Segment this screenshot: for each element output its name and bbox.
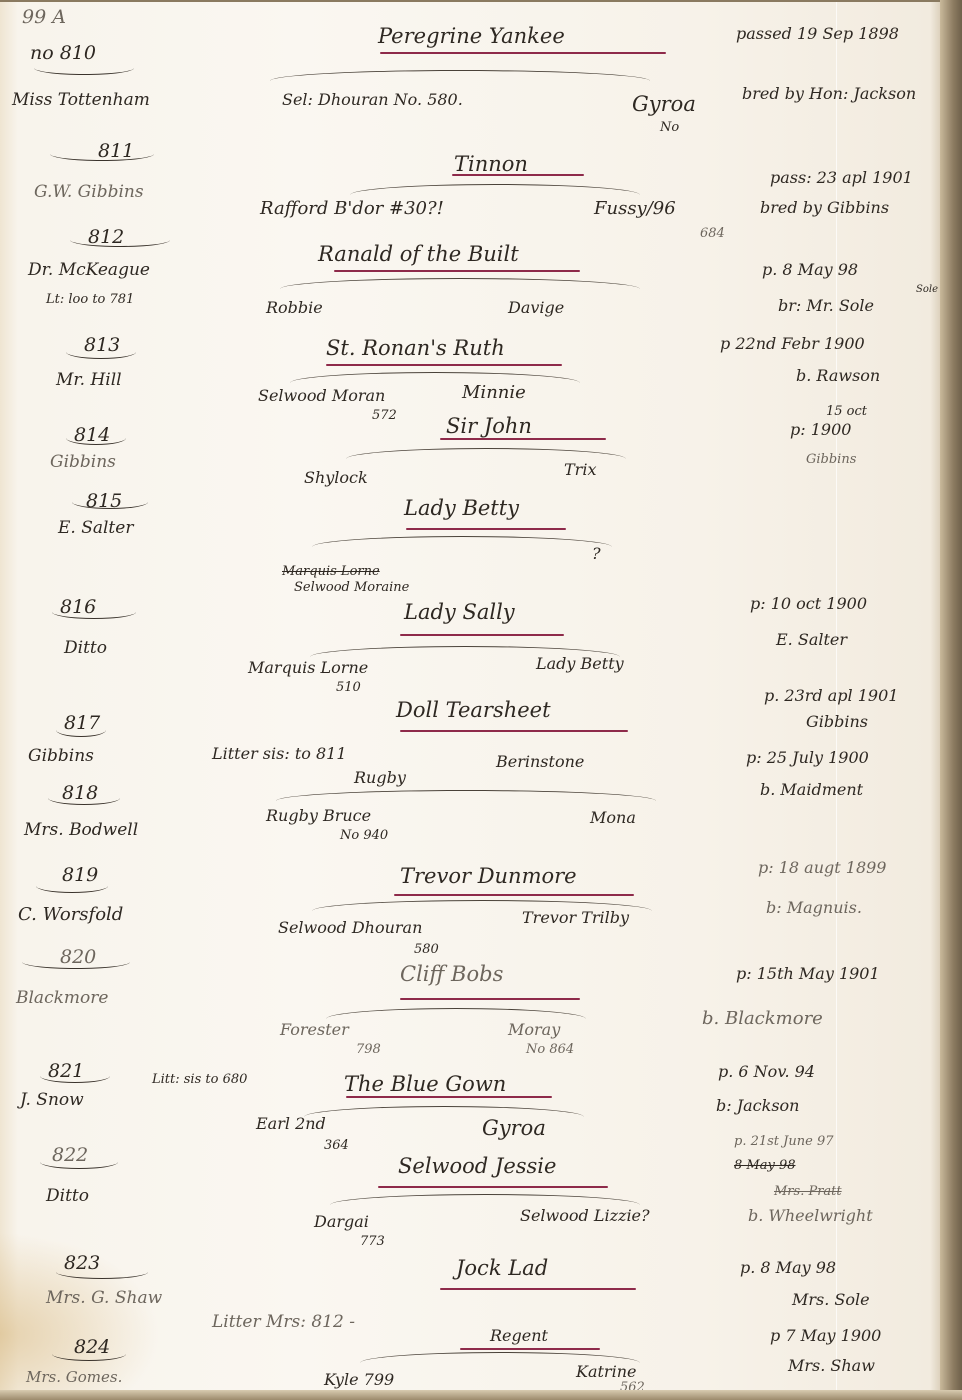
bred-by: b: Jackson [716, 1096, 799, 1115]
name-underline [400, 998, 580, 1000]
owner-name: Mrs. Gomes. [26, 1368, 122, 1386]
owner-name: Blackmore [16, 988, 108, 1008]
sire: Shylock [304, 468, 368, 487]
name-underline [380, 52, 666, 54]
name-underline [440, 1288, 636, 1290]
sire: Sel: Dhouran No. 580. [282, 90, 463, 109]
pedigree-brace [326, 1008, 586, 1019]
sire: Selwood Moran [258, 386, 385, 405]
bred-by: b. Rawson [796, 366, 880, 385]
dam: Berinstone [496, 752, 584, 771]
sire: Rugby [354, 768, 406, 787]
owner-name: Gibbins [28, 746, 94, 766]
dog-name: Sir John [446, 414, 532, 438]
sire: Robbie [266, 298, 323, 317]
dog-name: Trevor Dunmore [400, 864, 577, 888]
dog-name: Jock Lad [456, 1256, 548, 1280]
sire-note: 572 [372, 408, 397, 423]
dam: ? [592, 544, 601, 563]
passed-struck: 8 May 98 [734, 1158, 795, 1173]
pedigree-brace [276, 790, 656, 801]
name-underline [378, 1186, 608, 1188]
bred-by: Gibbins [806, 712, 868, 731]
owner-name: Mr. Hill [56, 370, 122, 390]
bred-by: Mrs. Sole [792, 1290, 870, 1309]
bred-by: Mrs. Shaw [788, 1356, 875, 1375]
pedigree-brace [312, 536, 612, 547]
dog-name: Lady Betty [404, 496, 519, 520]
passed-date: passed 19 Sep 1898 [736, 24, 899, 43]
sire: Earl 2nd [256, 1114, 326, 1133]
owner-name: Mrs. Bodwell [24, 820, 138, 840]
litter-note: Litter Mrs: 812 - [212, 1312, 355, 1332]
litter-note: Litt: sis to 680 [152, 1072, 247, 1087]
pedigree-brace [330, 1194, 640, 1205]
name-underline [346, 1096, 552, 1098]
sire-note: 773 [360, 1234, 385, 1249]
passed-date: p 22nd Febr 1900 [720, 334, 865, 353]
sire: Kyle 799 [324, 1370, 394, 1389]
pedigree-brace [290, 372, 580, 383]
dam: Mona [590, 808, 636, 827]
sire: Forester [280, 1020, 349, 1039]
sire-note: 798 [356, 1042, 381, 1057]
bred-by-note: Sole [916, 284, 938, 295]
bred-by: b: Magnuis. [766, 898, 862, 917]
dog-name: The Blue Gown [344, 1072, 506, 1096]
owner-name: G.W. Gibbins [34, 182, 144, 202]
bred-by: bred by Gibbins [760, 198, 889, 217]
litter-note: Litter sis: to 811 [212, 744, 347, 763]
sire: Selwood Moraine [294, 580, 409, 595]
pedigree-brace [346, 448, 626, 459]
sire-note: No 940 [340, 828, 388, 843]
passed-date: p. 23rd apl 1901 [764, 686, 898, 705]
entry-number: 823 [64, 1252, 100, 1274]
dog-name: Cliff Bobs [400, 962, 503, 986]
dam: Katrine [576, 1362, 636, 1381]
owner-note: Lt: loo to 781 [46, 292, 134, 307]
name-underline [460, 1348, 600, 1350]
flourish [48, 798, 120, 805]
dog-name: Selwood Jessie [398, 1154, 556, 1178]
passed-note: 15 oct [826, 404, 867, 419]
dam: Minnie [462, 382, 526, 403]
sire-note: 580 [414, 942, 439, 957]
owner-name: C. Worsfold [18, 904, 123, 925]
name-underline [326, 364, 562, 366]
passed-date: p 7 May 1900 [770, 1326, 881, 1345]
sire: Selwood Dhouran [278, 918, 422, 937]
dam: Selwood Lizzie? [520, 1206, 650, 1225]
passed-date: p: 10 oct 1900 [750, 594, 867, 613]
dam-note: No 864 [526, 1042, 574, 1057]
dam: Gyroa [482, 1116, 546, 1140]
name-underline [394, 894, 634, 896]
dam: Fussy/96 [594, 198, 676, 219]
bred-by: b. Maidment [760, 780, 863, 799]
flourish [40, 1162, 118, 1169]
passed-date: p. 21st June 97 [734, 1134, 833, 1149]
name-underline [400, 634, 564, 636]
flourish [56, 730, 106, 737]
register-page: 99 A no 810 Miss Tottenham Peregrine Yan… [0, 0, 942, 1394]
name-underline [334, 270, 580, 272]
bred-by: b. Wheelwright [748, 1206, 873, 1225]
bred-by: bred by Hon: Jackson [742, 84, 916, 103]
flourish [72, 502, 148, 509]
sire-note: 510 [336, 680, 361, 695]
book-binding-edge [940, 0, 962, 1400]
flourish [50, 154, 154, 161]
name-underline [440, 438, 606, 440]
entry-number: 819 [62, 864, 98, 886]
owner-name: Ditto [64, 638, 107, 658]
dog-name: Regent [490, 1326, 548, 1345]
dog-name: Lady Sally [404, 600, 515, 624]
bred-by: br: Mr. Sole [778, 296, 874, 315]
sire: Dargai [314, 1212, 369, 1231]
dam-note: 684 [700, 226, 725, 241]
dam: Trevor Trilby [522, 908, 629, 927]
owner-name: J. Snow [20, 1090, 84, 1110]
owner-name: Ditto [46, 1186, 89, 1206]
dam: Moray [508, 1020, 560, 1039]
owner-name: E. Salter [58, 518, 133, 538]
name-underline [400, 730, 628, 732]
owner-name: Dr. McKeague [28, 260, 150, 280]
pedigree-brace [280, 278, 640, 289]
passed-date: p: 1900 [790, 420, 851, 439]
flourish [22, 962, 130, 969]
owner-name: Mrs. G. Shaw [46, 1288, 162, 1308]
bred-by: b. Blackmore [702, 1008, 823, 1029]
sire: Marquis Lorne [248, 658, 368, 677]
passed-date: p: 15th May 1901 [736, 964, 880, 983]
dam: Gyroa [632, 92, 696, 116]
flourish [34, 68, 134, 75]
owner-name: Gibbins [50, 452, 116, 472]
flourish [36, 886, 108, 893]
dam-note: No [660, 120, 679, 135]
page-mark: 99 A [22, 6, 66, 28]
dog-name: Doll Tearsheet [396, 698, 551, 722]
flourish [70, 240, 170, 247]
passed-date: pass: 23 apl 1901 [770, 168, 913, 187]
flourish [66, 352, 136, 359]
bred-by-struck: Mrs. Pratt [774, 1184, 842, 1199]
entry-number: no 810 [30, 42, 96, 64]
dam: Lady Betty [536, 654, 624, 673]
bred-by: Gibbins [806, 452, 856, 467]
passed-date: p: 18 augt 1899 [758, 858, 886, 877]
bred-by: E. Salter [776, 630, 847, 649]
dam: Davige [508, 298, 564, 317]
dog-name: Tinnon [454, 152, 528, 176]
name-underline [452, 174, 584, 176]
passed-date: p. 6 Nov. 94 [718, 1062, 815, 1081]
dog-name: St. Ronan's Ruth [326, 336, 505, 360]
page-bottom-edge [0, 1390, 962, 1400]
sire: Rafford B'dor #30?! [260, 198, 444, 219]
sire-struck: Marquis Lorne [282, 564, 380, 579]
sire: Rugby Bruce [266, 806, 371, 825]
pedigree-brace [270, 70, 650, 81]
name-underline [406, 528, 566, 530]
dog-name: Peregrine Yankee [378, 24, 565, 48]
passed-date: p: 25 July 1900 [746, 748, 869, 767]
passed-date: p. 8 May 98 [740, 1258, 836, 1277]
dog-name: Ranald of the Built [318, 242, 519, 266]
pedigree-brace [350, 184, 640, 195]
dam: Trix [564, 460, 596, 479]
passed-date: p. 8 May 98 [762, 260, 858, 279]
sire-note: 364 [324, 1138, 349, 1153]
owner-name: Miss Tottenham [12, 90, 150, 110]
